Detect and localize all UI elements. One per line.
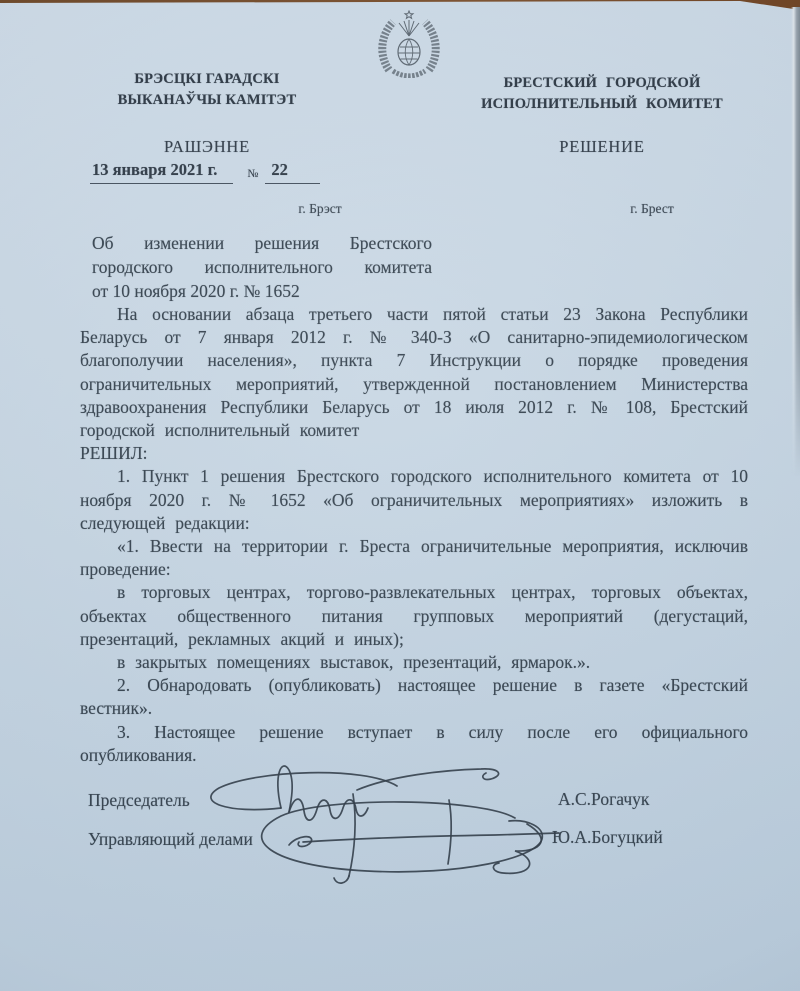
title-line: городского исполнительного комитета (92, 255, 432, 279)
signature-chairman-icon (211, 766, 499, 876)
document-number: 22 (265, 160, 320, 184)
document-photo: БРЭСЦКІ ГАРАДСКІ ВЫКАНАЎЧЫ КАМІТЭТ БРЕСТ… (0, 0, 800, 991)
document-body: На основании абзаца третьего части пятой… (80, 303, 748, 767)
handwritten-signatures (185, 750, 705, 895)
paper-sheet: БРЭСЦКІ ГАРАДСКІ ВЫКАНАЎЧЫ КАМІТЭТ БРЕСТ… (0, 0, 800, 991)
place-russian: г. Брест (552, 201, 752, 217)
number-sign: № (247, 168, 265, 184)
org-name-ru-line1: БРЕСТСКИЙ ГОРОДСКОЙ (452, 73, 752, 94)
document-date: 13 января 2021 г. (90, 160, 233, 184)
org-name-russian: БРЕСТСКИЙ ГОРОДСКОЙ ИСПОЛНИТЕЛЬНЫЙ КОМИТ… (452, 73, 752, 114)
belarus-state-emblem-icon (377, 10, 441, 78)
body-paragraph: 2. Обнародовать (опубликовать) настоящее… (80, 674, 748, 720)
org-name-belarusian: БРЭСЦКІ ГАРАДСКІ ВЫКАНАЎЧЫ КАМІТЭТ (112, 69, 302, 110)
body-paragraph: На основании абзаца третьего части пятой… (80, 303, 748, 442)
body-paragraph-reshil: РЕШИЛ: (80, 442, 748, 465)
signature-manager-icon (262, 800, 559, 883)
org-name-by-line2: ВЫКАНАЎЧЫ КАМІТЭТ (112, 90, 302, 111)
body-paragraph: в закрытых помещениях выставок, презента… (80, 651, 748, 674)
body-paragraph: в торговых центрах, торгово-развлекатель… (80, 581, 748, 651)
title-line: от 10 ноября 2020 г. № 1652 (92, 279, 432, 303)
org-name-ru-line2: ИСПОЛНИТЕЛЬНЫЙ КОМИТЕТ (452, 94, 752, 115)
place-belarusian: г. Брэст (220, 201, 420, 217)
emblem-star (405, 11, 413, 18)
body-paragraph: 1. Пункт 1 решения Брестского городского… (80, 465, 748, 535)
body-paragraph: «1. Ввести на территории г. Бреста огран… (80, 535, 748, 581)
org-name-by-line1: БРЭСЦКІ ГАРАДСКІ (112, 69, 302, 90)
signatory-title-chairman: Председатель (88, 790, 190, 811)
paper-edge-shadow (791, 7, 800, 477)
document-title: Об изменении решения Брестского городско… (92, 231, 432, 303)
doc-type-belarusian: РАШЭННЕ (112, 137, 302, 157)
title-line: Об изменении решения Брестского (92, 231, 432, 255)
doc-type-russian: РЕШЕНИЕ (452, 137, 752, 157)
date-number-line: 13 января 2021 г. № 22 (90, 160, 320, 184)
